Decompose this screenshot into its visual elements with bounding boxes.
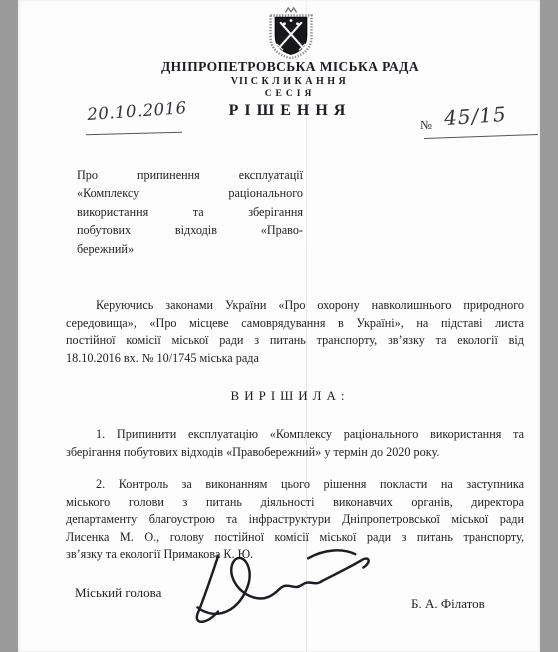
convocation-line: VIIСКЛИКАННЯ xyxy=(40,76,540,88)
subject-line: побутових відходів «Право- xyxy=(77,221,303,239)
convocation-roman: VII xyxy=(231,76,249,87)
preamble-line: 18.10.2016 вх. № 10/1745 міська рада xyxy=(66,350,524,368)
preamble-paragraph: Керуючись законами України «Про охорону … xyxy=(66,297,524,367)
date-underline xyxy=(86,132,182,136)
subject-block: Про припинення експлуатації «Комплексу р… xyxy=(77,166,303,258)
org-name: ДНІПРОПЕТРОВСЬКА МІСЬКА РАДА xyxy=(40,59,540,74)
preamble-line: середовища», «Про місцеве самоврядування… xyxy=(66,315,524,333)
preamble-line: Керуючись законами України «Про охорону … xyxy=(66,297,524,315)
scan-background: { "document": { "emblem_name": "dniprope… xyxy=(0,0,558,652)
subject-line: «Комплексу раціонального xyxy=(77,184,303,202)
subject-line: використання та зберігання xyxy=(77,203,303,221)
convocation-word: СКЛИКАННЯ xyxy=(251,76,349,87)
item-line: 2. Контроль за виконанням цього рішення … xyxy=(66,476,524,494)
number-underline xyxy=(424,134,538,139)
resolution-heading: ВИРІШИЛА: xyxy=(40,388,540,404)
signer-position-title: Міський голова xyxy=(75,585,161,601)
signer-name: Б. А. Філатов xyxy=(411,596,485,612)
signature-autograph xyxy=(181,546,381,632)
subject-line: Про припинення експлуатації xyxy=(77,166,303,184)
decision-number-handwritten: 45/15 xyxy=(443,102,507,130)
item-line: Лисенка М. О., голову постійної комісії … xyxy=(66,529,524,547)
number-sign: № xyxy=(420,118,432,133)
item-line: міського голови з питань діяльності вико… xyxy=(66,494,524,512)
item-line: зберігання побутових відходів «Правобере… xyxy=(66,444,524,462)
item-line: департаменту благоустрою та інфраструкту… xyxy=(66,511,524,529)
session-label: СЕСІЯ xyxy=(40,89,540,100)
item-line: 1. Припинити експлуатацію «Комплексу рац… xyxy=(66,426,524,444)
date-group: 20.10.2016 xyxy=(88,105,198,124)
document-page: ДНІПРОПЕТРОВСЬКА МІСЬКА РАДА VIIСКЛИКАНН… xyxy=(18,0,540,652)
preamble-line: постійної комісії міської ради з питань … xyxy=(66,332,524,350)
subject-line: бережний» xyxy=(77,240,303,258)
number-group: № 45/15 xyxy=(418,104,540,149)
coat-of-arms-icon xyxy=(263,7,319,61)
resolution-item-1: 1. Припинити експлуатацію «Комплексу рац… xyxy=(66,426,524,461)
